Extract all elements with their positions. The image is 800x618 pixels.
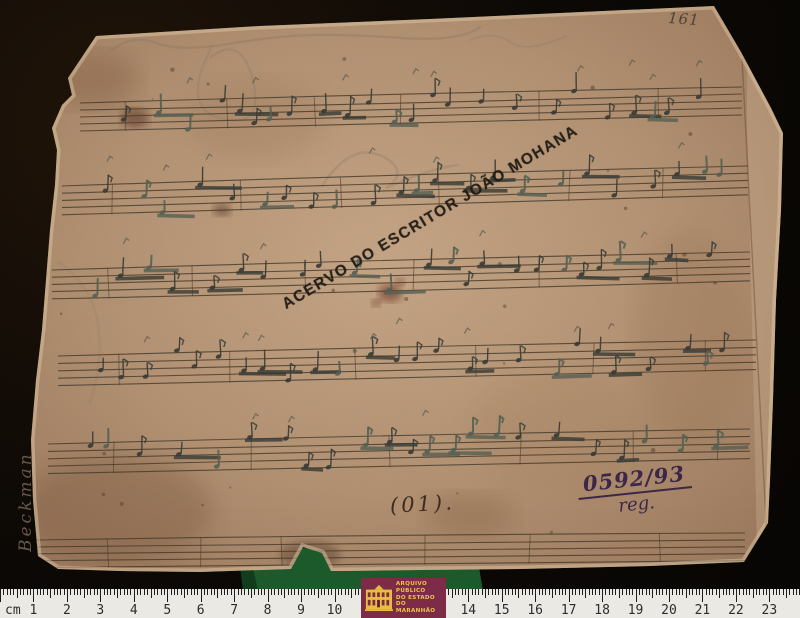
ruler-tick [67,589,68,602]
ruler-tick [331,589,332,595]
ruler-tick [649,589,650,595]
ruler-tick [602,589,603,602]
ruler-tick [161,589,162,595]
ruler-tick [201,589,202,602]
ruler-label: 14 [460,603,476,618]
ruler-tick [154,589,155,595]
ruler-tick [626,589,627,595]
ruler-tick [281,589,282,595]
logo-text-line: DO ESTADO [396,595,444,602]
ruler-tick [10,589,11,595]
ruler-label: 18 [594,603,610,618]
ruler-tick [157,589,158,595]
ruler-tick [60,589,61,595]
ruler-tick [167,589,168,602]
ruler-tick [311,589,312,595]
ruler-tick [766,589,767,595]
ruler-tick [572,589,573,595]
ruler-tick [636,589,637,602]
ruler-tick [656,589,657,595]
ruler-tick [472,589,473,595]
ruler-tick [351,589,352,598]
ruler-tick [488,589,489,595]
ruler-tick [639,589,640,595]
ruler-tick [753,589,754,598]
ruler-tick [301,589,302,602]
ruler-tick [23,589,24,595]
ruler-tick [184,589,185,598]
ruler-label: 16 [527,603,543,618]
ruler-tick [90,589,91,595]
ruler-tick [478,589,479,595]
ruler-tick [40,589,41,595]
ruler-tick [124,589,125,595]
ruler-tick [465,589,466,595]
ruler-tick [719,589,720,598]
ruler-tick [144,589,145,595]
ruler-tick [308,589,309,595]
ruler-tick [117,589,118,598]
ruler-tick [321,589,322,595]
ruler-label: 19 [628,603,644,618]
ruler-label: 7 [230,603,238,618]
ruler-tick [575,589,576,595]
ruler-tick [743,589,744,595]
ruler-tick [452,589,453,598]
ruler-tick [227,589,228,595]
ruler-tick [609,589,610,595]
ruler-tick [659,589,660,595]
ruler-tick [314,589,315,595]
ruler-tick [164,589,165,595]
ruler-tick [43,589,44,595]
ruler-tick [455,589,456,595]
ruler-tick [682,589,683,595]
ruler-tick [652,589,653,598]
ruler-tick [462,589,463,595]
ruler-tick [147,589,148,595]
ruler-tick [100,589,101,602]
ruler-label: 8 [264,603,272,618]
ruler-tick [241,589,242,595]
ruler-tick [646,589,647,595]
ruler-tick [632,589,633,595]
ruler-tick [485,589,486,598]
ruler-tick [642,589,643,595]
ruler-tick [709,589,710,595]
ruler-label: 10 [327,603,343,618]
logo-text-line: PÚBLICO [396,588,444,595]
ruler-tick [127,589,128,595]
ruler-tick [191,589,192,595]
ruler-tick [669,589,670,602]
ruler-tick [120,589,121,595]
ruler-tick [181,589,182,595]
ruler-tick [231,589,232,595]
ruler-tick [348,589,349,595]
ruler-tick [107,589,108,595]
ruler-tick [482,589,483,595]
ruler-tick [692,589,693,595]
ruler-label: 3 [96,603,104,618]
ruler-tick [271,589,272,595]
logo-text: ARQUIVO PÚBLICO DO ESTADO DO MARANHÃO [396,581,444,615]
ruler-tick [729,589,730,595]
ruler-tick [74,589,75,595]
ruler-label: 23 [762,603,778,618]
ruler-tick [696,589,697,595]
ruler-tick [284,589,285,598]
ruler-tick [177,589,178,595]
ruler-tick [50,589,51,598]
ruler-tick [545,589,546,595]
ruler-tick [194,589,195,595]
ruler-tick [555,589,556,595]
ruler-tick [599,589,600,595]
ruler-tick [261,589,262,595]
paper [0,0,800,618]
ruler-tick [666,589,667,595]
ruler-tick [57,589,58,595]
ruler-tick [529,589,530,595]
ruler-tick [569,589,570,602]
ruler-tick [298,589,299,595]
ruler-tick [595,589,596,595]
ruler-label: 9 [297,603,305,618]
ruler-tick [539,589,540,595]
ruler-tick [679,589,680,595]
ruler-tick [749,589,750,595]
ruler-tick [97,589,98,595]
ruler-tick [3,589,4,595]
ruler-tick [258,589,259,595]
ruler-tick [739,589,740,595]
ruler-tick [248,589,249,595]
manuscript-artwork [0,0,800,618]
logo-text-line: ARQUIVO [396,581,444,588]
ruler-tick [20,589,21,595]
ruler-tick [80,589,81,595]
ruler-tick [251,589,252,598]
ruler-tick [104,589,105,595]
ruler-tick [716,589,717,595]
ruler-tick [0,589,1,602]
ruler-label: 4 [130,603,138,618]
ruler-tick [585,589,586,598]
ruler-tick [171,589,172,595]
ruler-label: 1 [30,603,38,618]
ruler-tick [47,589,48,595]
ruler-tick [238,589,239,595]
ruler-tick [134,589,135,602]
ruler-tick [662,589,663,595]
ruler-tick [64,589,65,595]
ruler-tick [7,589,8,595]
ruler-tick [525,589,526,595]
ruler-tick [345,589,346,595]
ruler-tick [582,589,583,595]
ruler-tick [214,589,215,595]
ruler-unit-label: cm [5,603,21,618]
ruler-label: 6 [197,603,205,618]
ruler-tick [244,589,245,595]
ruler-tick [211,589,212,595]
ruler-tick [448,589,449,595]
ruler-tick [358,589,359,595]
ruler-tick [592,589,593,595]
ruler-tick [217,589,218,598]
ruler-tick [475,589,476,595]
ruler-tick [512,589,513,595]
ruler-tick [278,589,279,595]
ruler-tick [341,589,342,595]
ruler-label: 22 [728,603,744,618]
logo-text-line: DO MARANHÃO [396,601,444,615]
ruler-tick [174,589,175,595]
ruler-tick [672,589,673,595]
ruler-tick [783,589,784,595]
ruler-label: 21 [695,603,711,618]
ruler-tick [495,589,496,595]
ruler-tick [458,589,459,595]
ruler-tick [264,589,265,595]
ruler-tick [84,589,85,598]
ruler-tick [221,589,222,595]
ruler-tick [37,589,38,595]
ruler-tick [773,589,774,595]
ruler-tick [579,589,580,595]
ruler-tick [505,589,506,595]
ruler-tick [793,589,794,595]
ruler-tick [589,589,590,595]
ruler-tick [77,589,78,595]
ruler-tick [736,589,737,602]
ruler-tick [676,589,677,595]
ruler-tick [94,589,95,595]
ruler-tick [689,589,690,595]
ruler-tick [699,589,700,595]
ruler-tick [33,589,34,602]
ruler-tick [502,589,503,602]
ruler-tick [70,589,71,595]
ruler-tick [140,589,141,595]
ruler-tick [130,589,131,595]
ruler-tick [515,589,516,595]
ruler-tick [559,589,560,595]
ruler-tick [335,589,336,602]
ruler-tick [532,589,533,595]
ruler-label: 17 [561,603,577,618]
ruler-tick [30,589,31,595]
ruler-label: 5 [163,603,171,618]
ruler-tick [197,589,198,595]
ruler-tick [518,589,519,598]
ruler-tick [565,589,566,595]
ruler-tick [769,589,770,602]
ruler-tick [294,589,295,595]
ruler-tick [706,589,707,595]
manuscript-photo: 161 ACERVO DO ESCRITOR JOÃO MOHANA (01).… [0,0,800,618]
ruler-tick [492,589,493,595]
ruler-tick [355,589,356,595]
ruler-tick [288,589,289,595]
ruler-tick [324,589,325,595]
ruler-tick [776,589,777,595]
ruler-tick [786,589,787,598]
ruler-tick [615,589,616,595]
ruler-tick [468,589,469,602]
ruler-tick [27,589,28,595]
ruler-label: 15 [494,603,510,618]
ruler-tick [187,589,188,595]
ruler-tick [274,589,275,595]
ruler-tick [702,589,703,602]
ruler-tick [723,589,724,595]
ruler-tick [254,589,255,595]
ruler-tick [612,589,613,595]
ruler-tick [137,589,138,595]
ruler-tick [110,589,111,595]
ruler-tick [712,589,713,595]
ruler-tick [17,589,18,598]
logo-building-icon [365,582,393,614]
ruler-tick [605,589,606,595]
ruler-tick [629,589,630,595]
ruler-tick [779,589,780,595]
ruler-tick [498,589,499,595]
ruler-tick [268,589,269,602]
ruler-tick [726,589,727,595]
ruler-tick [224,589,225,595]
ruler-tick [234,589,235,602]
ruler-tick [759,589,760,595]
ruler-tick [304,589,305,595]
ruler-tick [789,589,790,595]
ruler-tick [756,589,757,595]
ruler-tick [54,589,55,595]
ruler-tick [151,589,152,598]
ruler-tick [542,589,543,595]
ruler-tick [552,589,553,598]
ruler-tick [763,589,764,595]
ruler-tick [746,589,747,595]
ruler-tick [622,589,623,595]
ruler-tick [328,589,329,595]
ruler-tick [207,589,208,595]
ruler-tick [318,589,319,598]
ruler-tick [535,589,536,602]
ruler-tick [114,589,115,595]
ruler-tick [204,589,205,595]
ruler-label: 2 [63,603,71,618]
ruler-tick [549,589,550,595]
ruler-tick [562,589,563,595]
ruler-tick [619,589,620,598]
ruler-label: 20 [661,603,677,618]
ruler-tick [733,589,734,595]
ruler-tick [796,589,797,595]
archive-logo: ARQUIVO PÚBLICO DO ESTADO DO MARANHÃO [361,578,446,618]
ruler-tick [686,589,687,598]
ruler-tick [522,589,523,595]
ruler-tick [508,589,509,595]
ruler-tick [338,589,339,595]
ruler-tick [13,589,14,595]
ruler-tick [291,589,292,595]
ruler-tick [87,589,88,595]
